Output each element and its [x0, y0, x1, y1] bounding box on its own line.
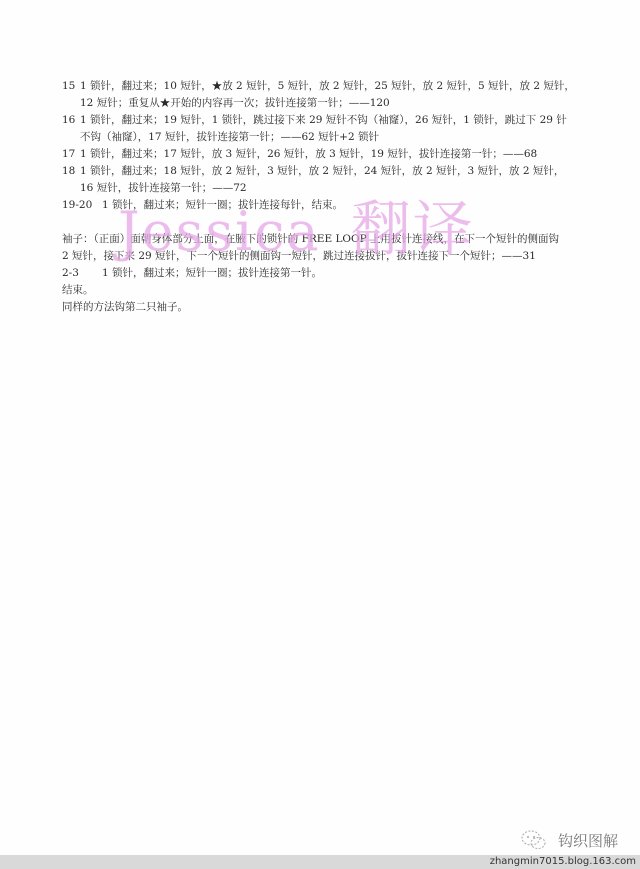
row-number: 18: [62, 163, 80, 180]
row-text: 1 锁针，翻过来；18 短针，放 2 短针，3 短针，放 2 短针，24 短针，…: [80, 163, 564, 180]
row-number: 15: [62, 78, 80, 95]
row-text: 1 锁针，翻过来；19 短针，1 锁针，跳过接下来 29 短针不钩（袖窿），26…: [80, 112, 567, 129]
row-text: 1 锁针，翻过来；短针一圈；拔针连接每针，结束。: [102, 197, 343, 214]
document-page: 15 1 锁针，翻过来；10 短针，★放 2 短针，5 短针，放 2 短针，25…: [0, 0, 640, 869]
spacer: [62, 214, 622, 231]
row-number: 19-20: [62, 197, 102, 214]
blog-url: zhangmin7015.blog.163.com: [490, 855, 636, 869]
pattern-row-17: 17 1 锁针，翻过来；17 短针，放 3 短针，26 短针，放 3 短针，19…: [62, 146, 622, 163]
row-text: 1 锁针，翻过来；短针一圈；拔针连接第一针。: [102, 265, 322, 282]
row-text-continued: 16 短针，拔针连接第一针；——72: [62, 180, 622, 197]
pattern-row-15: 15 1 锁针，翻过来；10 短针，★放 2 短针，5 短针，放 2 短针，25…: [62, 78, 622, 95]
wechat-icon: [520, 829, 548, 851]
brand-name: 钩织图解: [558, 830, 618, 851]
pattern-row-16: 16 1 锁针，翻过来；19 短针，1 锁针，跳过接下来 29 短针不钩（袖窿）…: [62, 112, 622, 129]
account-brand: 钩织图解: [520, 829, 618, 851]
sleeve-intro-continued: 2 短针，接下来 29 短针，下一个短针的侧面钩一短针，跳过连接拔针，拔针连接下…: [62, 248, 622, 265]
row-number: 2-3: [62, 265, 102, 282]
sleeve-row-2-3: 2-3 1 锁针，翻过来；短针一圈；拔针连接第一针。: [62, 265, 622, 282]
pattern-text: 15 1 锁针，翻过来；10 短针，★放 2 短针，5 短针，放 2 短针，25…: [62, 78, 622, 316]
pattern-row-18: 18 1 锁针，翻过来；18 短针，放 2 短针，3 短针，放 2 短针，24 …: [62, 163, 622, 180]
row-number: 17: [62, 146, 80, 163]
row-text-continued: 12 短针；重复从★开始的内容再一次；拔针连接第一针；——120: [62, 95, 622, 112]
second-sleeve-note: 同样的方法钩第二只袖子。: [62, 299, 622, 316]
row-text-continued: 不钩（袖窿），17 短针，拔针连接第一针；——62 短针+2 锁针: [62, 129, 622, 146]
footer-bar: zhangmin7015.blog.163.com: [0, 855, 640, 869]
row-number: 16: [62, 112, 80, 129]
sleeve-intro: 袖子：（正面）面朝身体部分上面，在腋下的锁针的 FREE LOOP 上用拔针连接…: [62, 231, 622, 248]
row-text: 1 锁针，翻过来；10 短针，★放 2 短针，5 短针，放 2 短针，25 短针…: [80, 78, 575, 95]
sleeve-end: 结束。: [62, 282, 622, 299]
pattern-row-19-20: 19-20 1 锁针，翻过来；短针一圈；拔针连接每针，结束。: [62, 197, 622, 214]
row-text: 1 锁针，翻过来；17 短针，放 3 短针，26 短针，放 3 短针，19 短针…: [80, 146, 537, 163]
